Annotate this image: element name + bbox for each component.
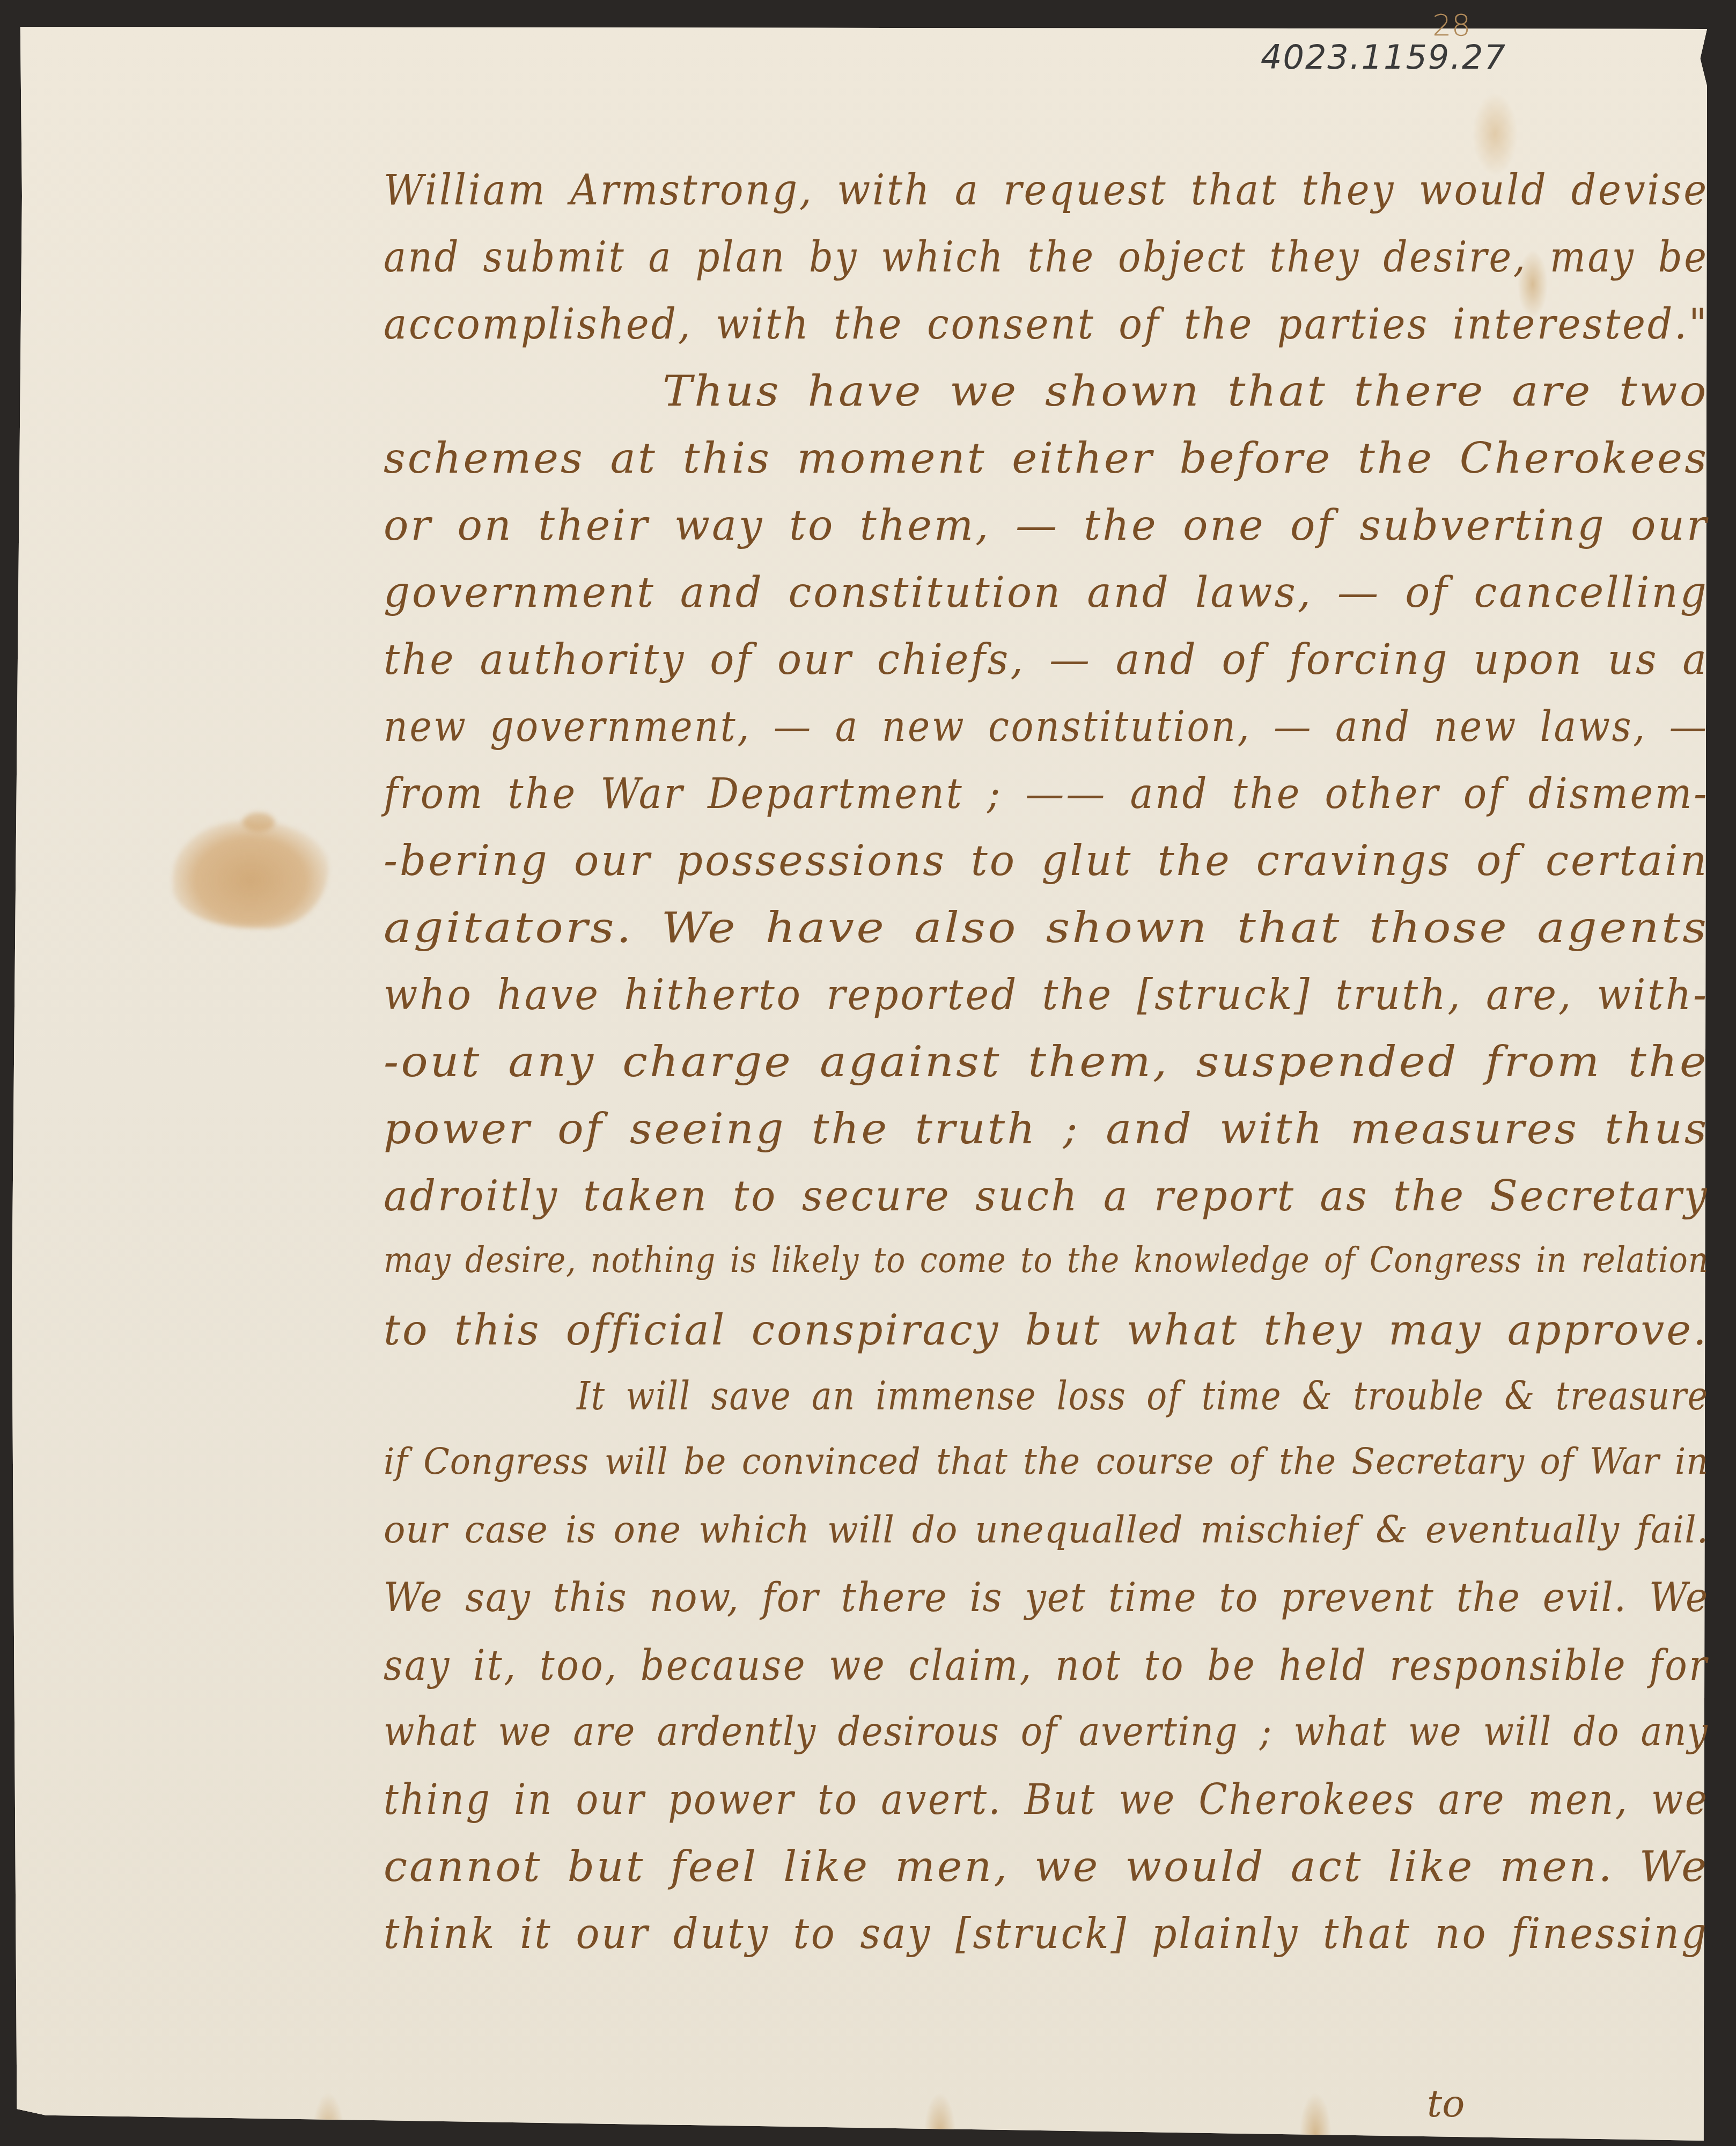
text-line: to this official conspiracy but what the… [384, 1306, 1709, 1355]
catchword: to [1427, 2082, 1465, 2126]
edge-stain [924, 2092, 956, 2135]
text-line: cannot but feel like men, we would act l… [384, 1843, 1709, 1891]
text-line: and submit a plan by which the object th… [384, 233, 1709, 282]
text-line: may desire, nothing is likely to come to… [384, 1239, 1709, 1281]
text-line: We say this now, for there is yet time t… [384, 1575, 1709, 1621]
text-line: William Armstrong, with a request that t… [384, 166, 1709, 215]
water-stain [173, 821, 328, 928]
edge-stain [312, 2092, 344, 2135]
text-line: government and constitution and laws, — … [384, 569, 1709, 617]
paragraph-start-line: It will save an immense loss of time & t… [577, 1373, 1709, 1419]
text-line: new government, — a new constitution, — … [384, 703, 1709, 751]
text-line: adroitly taken to secure such a report a… [384, 1172, 1709, 1221]
text-line: if Congress will be convinced that the c… [384, 1441, 1709, 1483]
text-line-with-strikethrough: who have hitherto reported the [struck] … [384, 971, 1709, 1019]
text-line: agitators. We have also shown that those… [384, 904, 1709, 952]
text-line: -bering our possessions to glut the crav… [384, 837, 1709, 885]
text-line: or on their way to them, — the one of su… [384, 502, 1709, 550]
text-line: what we are ardently desirous of avertin… [384, 1709, 1709, 1755]
text-line: power of seeing the truth ; and with mea… [384, 1105, 1709, 1153]
text-line: thing in our power to avert. But we Cher… [384, 1776, 1709, 1824]
paragraph-start-line: Thus have we shown that there are two [663, 368, 1709, 416]
catalog-number: 4023.1159.27 [1261, 38, 1506, 77]
text-line: -out any charge against them, suspended … [384, 1038, 1708, 1086]
text-line: schemes at this moment either before the… [384, 435, 1709, 483]
edge-stain [1299, 2092, 1332, 2135]
text-line-with-strikethrough: think it our duty to say [struck] plainl… [384, 1910, 1709, 1958]
text-line: accomplished, with the consent of the pa… [384, 300, 1709, 349]
text-line: say it, too, because we claim, not to be… [384, 1642, 1709, 1690]
text-line: from the War Department ; —— and the oth… [384, 770, 1709, 818]
text-line: our case is one which will do unequalled… [384, 1508, 1709, 1552]
text-line: the authority of our chiefs, — and of fo… [384, 636, 1709, 684]
